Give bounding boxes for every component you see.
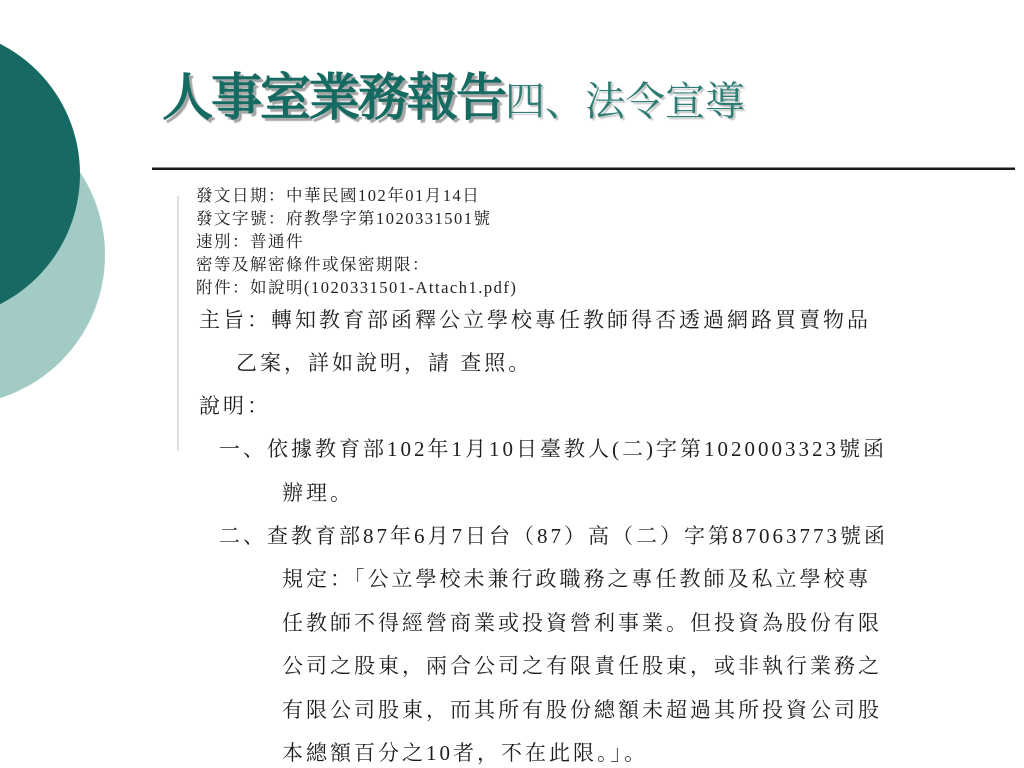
doc-item2-line-3: 任教師不得經營商業或投資營利事業。但投資為股份有限 [282,607,882,637]
scanned-document-edge [177,196,179,451]
slide-title-section: 四、法令宣導 [505,79,745,124]
title-divider-line [152,167,1015,170]
doc-item2-line-4: 公司之股東，兩合公司之有限責任股東，或非執行業務之 [282,650,882,680]
doc-item1-line-1: 一、依據教育部102年1月10日臺教人(二)字第1020003323號函 [219,433,887,463]
slide-title-main: 人事室業務報告 [162,71,505,127]
doc-header-date-line: 發文日期：中華民國102年01月14日 [196,184,517,207]
doc-item2-line-2: 規定：「公立學校未兼行政職務之專任教師及私立學校專 [282,563,872,593]
document-header-block: 發文日期：中華民國102年01月14日 發文字號：府教學字第1020331501… [196,184,517,299]
doc-header-number-line: 發文字號：府教學字第1020331501號 [196,207,517,230]
doc-explanation-label: 說明： [199,390,271,420]
doc-item2-line-6: 本總額百分之10者，不在此限。」。 [282,737,648,767]
presentation-slide: 人事室業務報告四、法令宣導 發文日期：中華民國102年01月14日 發文字號：府… [0,0,1024,768]
slide-title: 人事室業務報告四、法令宣導 [162,56,745,130]
doc-header-speed-line: 速別：普通件 [196,230,517,253]
doc-item2-line-5: 有限公司股東，而其所有股份總額未超過其所投資公司股 [282,694,882,724]
doc-item1-line-2: 辦理。 [282,477,354,507]
doc-header-attachment-line: 附件：如說明(1020331501-Attach1.pdf) [196,276,517,299]
doc-item2-line-1: 二、查教育部87年6月7日台（87）高（二）字第87063773號函 [219,520,888,550]
doc-subject-line-1: 主旨：轉知教育部函釋公立學校專任教師得否透過網路買賣物品 [199,304,871,334]
doc-header-security-line: 密等及解密條件或保密期限： [196,253,517,276]
doc-subject-line-2: 乙案，詳如說明，請 查照。 [236,347,532,377]
